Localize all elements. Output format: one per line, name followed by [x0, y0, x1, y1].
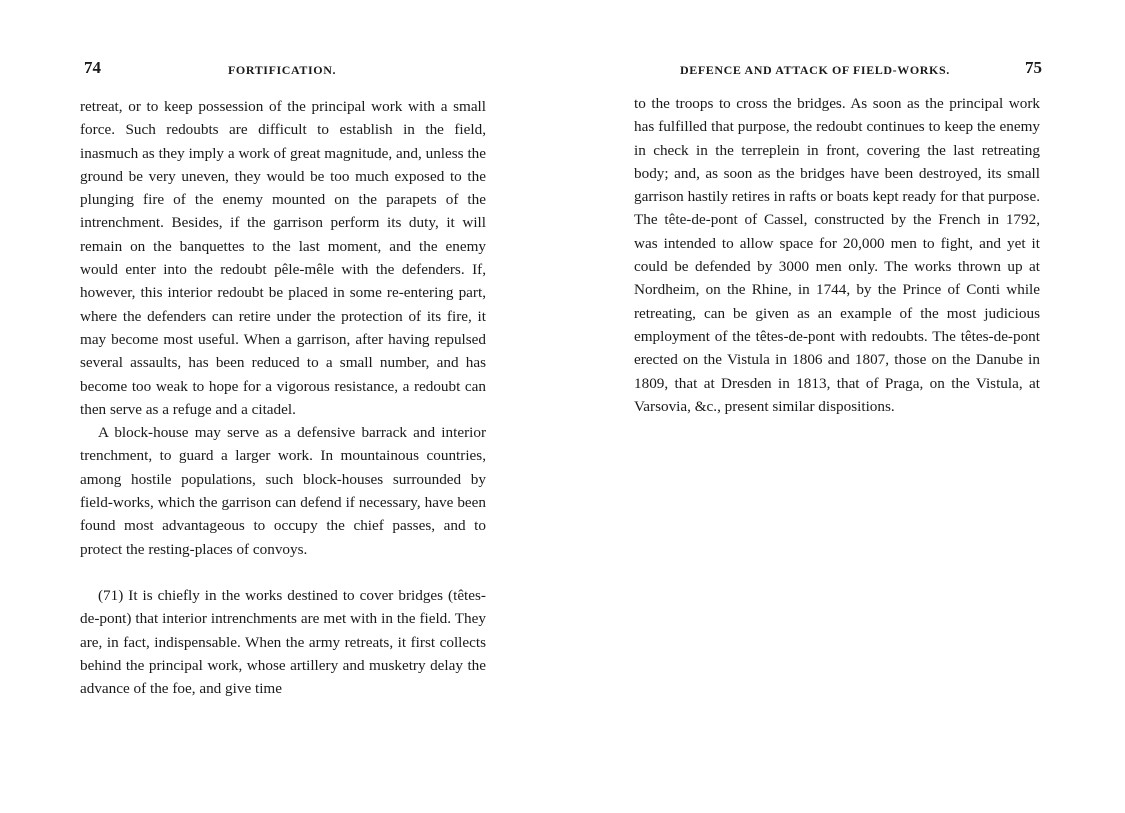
body-text: to the troops to cross the bridges. As s… — [634, 92, 1040, 418]
paragraph: to the troops to cross the bridges. As s… — [634, 92, 1040, 418]
paragraph: retreat, or to keep possession of the pr… — [80, 95, 486, 421]
running-head-title: FORTIFICATION. — [228, 63, 336, 78]
section-paragraph-71: (71) It is chiefly in the works destined… — [80, 584, 486, 700]
body-text: retreat, or to keep possession of the pr… — [80, 95, 486, 700]
paragraph: A block-house may serve as a defensive b… — [80, 421, 486, 561]
running-head-title: DEFENCE AND ATTACK OF FIELD-WORKS. — [680, 63, 950, 78]
running-head: 74 FORTIFICATION. — [80, 58, 486, 80]
running-head: DEFENCE AND ATTACK OF FIELD-WORKS. 75 — [634, 58, 1040, 80]
page-number: 74 — [84, 58, 101, 78]
page-number: 75 — [1025, 58, 1042, 78]
